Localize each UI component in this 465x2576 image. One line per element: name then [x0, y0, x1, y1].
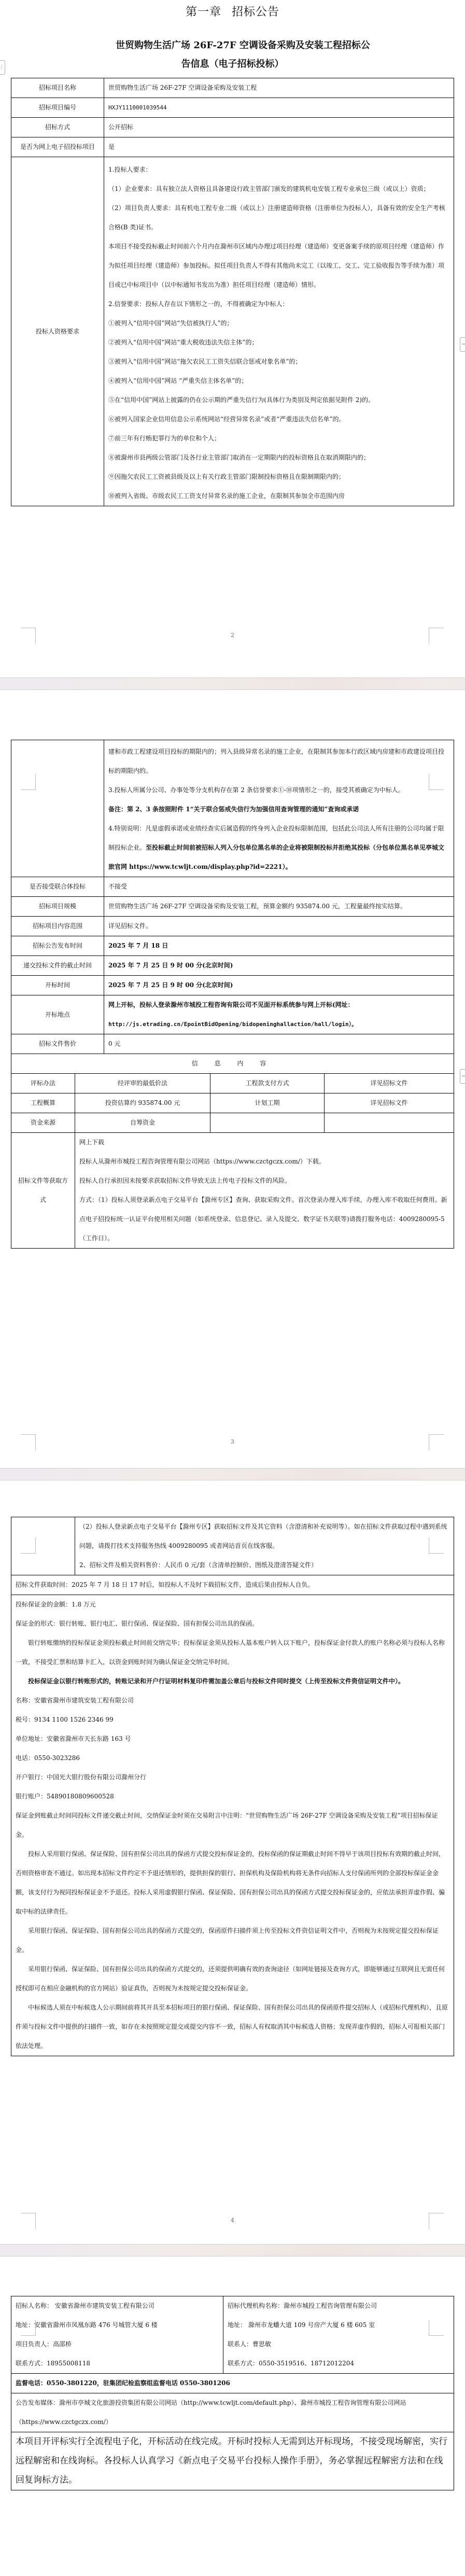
label-scope: 招标项目内容范围 [11, 917, 104, 936]
row-project-code: 招标项目编号 HXJY1110001039544 [11, 98, 454, 118]
deposit-amount: 投标保证金的金额：1.8 万元 [16, 1595, 449, 1614]
qual-line: ②被列入“信用中国”网站“重大税收违法失信主体”的； [108, 333, 449, 352]
collapse-icon[interactable]: − [460, 1069, 465, 1084]
qual-line: ③被列入“信用中国”网站“拖欠农民工工资失信联合惩戒对象名单”的； [108, 352, 449, 371]
info-content-table: 信 息 内 容 评标办法 经评审的最低价法 工程款支付方式 详见招标文件 工程概… [11, 1054, 454, 1249]
page-number: 4 [0, 2213, 465, 2228]
deposit-paragraph: 采用银行保函、保证保险、国有担保公司出具的保函方式提交的，还须提供明确有效的查询… [16, 1960, 449, 1998]
agent-info: 招标代理机构名称：滁州市城投工程咨询管理有限公司 地址： 滁州市龙蟠大道 109… [223, 2296, 454, 2374]
electronic-bidding-note: 本项目开评标实行全流程电子化，开标活动在线完成。开标时投标人无需到达开标现场，不… [11, 2432, 454, 2490]
deposit-paragraph: 银行转账缴纳的投标保证金须投标截止时间前交纳完毕；投标保证金须从投标人基本账户转… [16, 1633, 449, 1672]
qual-line: ⑥被列入国家企业信用信息公示系统网站“经营异常名录”或者“严重违法失信名单”的。 [108, 410, 449, 429]
value-qualification-cont: 建和市政工程建设项目投标的期限内的；列入县级异常名录的施工企业，在限制其参加本行… [104, 740, 454, 877]
value-deadline: 2025 年 7 月 25 日 9 时 00 分(北京时间) [104, 956, 454, 976]
info-row: 资金来源 自筹资金 [11, 1113, 454, 1133]
acquire-line: 2、招标文件及相关资料售价：人民币 0 元/套（含清单控制价、图纸及澄清答疑文件… [79, 1556, 449, 1575]
page-corner-mark [429, 2213, 444, 2229]
label-acquire: 招标文件等获取方式 [11, 1133, 75, 1249]
page-corner-mark [21, 1538, 36, 1554]
deposit-row: 投标保证金的金额：1.8 万元 保证金的形式：银行转账、银行电汇、银行保函、保证… [11, 1595, 454, 2056]
tenderer-info: 招标人名称： 安徽省滁州市建筑安装工程有限公司 地址：安徽省滁州市凤凰东路 47… [11, 2296, 223, 2374]
qual-line: 3.投标人所属分公司、办事处等分支机构存在第 2 条信誉要求①-⑩项情形之一的，… [108, 781, 449, 800]
value-publish-time: 2025 年 7 月 18 日 [104, 936, 454, 956]
agent-phone: 联系方式：0550-3519516、18712012204 [228, 2354, 449, 2373]
row-deadline: 递交投标文件的截止时间 2025 年 7 月 25 日 9 时 00 分(北京时… [11, 956, 454, 976]
page-corner-mark [21, 774, 36, 790]
qual-line: ⑨因拖欠农民工工资被县级及以上有关行政主管部门限制投标资格且在限制期限内的； [108, 467, 449, 487]
page-separator [0, 677, 465, 690]
acquire-row: 招标文件等获取方式 网上下载 投标人从滁州市城投工程咨询管理有限公司网站（htt… [11, 1133, 454, 1249]
more-icon[interactable]: ⋮ [0, 60, 5, 75]
page-corner-mark [21, 2320, 36, 2336]
info-cell: 自筹资金 [75, 1113, 210, 1133]
page-corner-mark [429, 2320, 444, 2336]
deposit-cell: 投标保证金的金额：1.8 万元 保证金的形式：银行转账、银行电汇、银行保函、保证… [11, 1595, 454, 2056]
collapse-icon[interactable]: − [460, 337, 465, 352]
deposit-paragraph: 投标人采用银行保函、保证保险、国有担保公司出具的保函方式提交投标保证金的，投标保… [16, 1845, 449, 1921]
deposit-paragraph: 保证金到账截止时间同投标文件递交截止时间，交纳保证金时须在交易附言中注明：“世贸… [16, 1806, 449, 1845]
acquire-line: 投标人自行承担因未按要求获取招标文件导致无法上传电子投标文件的风险。 [79, 1171, 449, 1190]
qual-line: ④被列入“信用中国”网站 “严重失信主体名单”的； [108, 371, 449, 391]
label-publish-time: 招标公告发布时间 [11, 936, 104, 956]
deposit-paragraph-bold: 投标保证金以银行转账形式的，转账记录和开户行证明材料复印件需加盖公章后与投标文件… [16, 1672, 449, 1691]
qual-special-bold: 至投标截止时间前被招标人列入分包单位黑名单的企业将被限制投标并拒绝其投标（分包单… [108, 844, 444, 870]
info-cell: 经评审的最低价法 [75, 1074, 210, 1093]
tenderer-phone: 联系方式：18955008118 [16, 2354, 219, 2373]
acquire-line: 投标人从滁州市城投工程咨询管理有限公司网站（https://www.czctgc… [79, 1152, 449, 1171]
acquire-time: 招标文件获取时间：2025 年 7 月 18 日 17 时后，如投标人不及时下载… [11, 1575, 454, 1595]
value-project-code: HXJY1110001039544 [104, 98, 454, 118]
open-place-text: 网上开标，投标人登录滁州市城投工程咨询有限公司不见面开标系统参与网上开标(网址： [108, 995, 449, 1015]
chapter-heading: 第一章招标公告 [0, 0, 465, 23]
tenderer-name: 招标人名称： 安徽省滁州市建筑安装工程有限公司 [16, 2296, 219, 2316]
tenderer-manager: 项目负责人：高邵桥 [16, 2335, 219, 2354]
row-open-time: 开标时间 2025 年 7 月 25 日 9 时 00 分(北京时间) [11, 976, 454, 995]
tenderer-address: 地址：安徽省滁州市凤凰东路 476 号城管大厦 6 楼 [16, 2316, 219, 2335]
info-row: 工程概算 投资估算约 935874.00 元 计划工期 详见招标文件 [11, 1093, 454, 1113]
row-publish-time: 招标公告发布时间 2025 年 7 月 18 日 [11, 936, 454, 956]
info-cell: 工程款支付方式 [210, 1074, 325, 1093]
open-place-link[interactable]: http://js.etrading.cn/EpointBidOpening/b… [108, 1015, 449, 1034]
value-project-name: 世贸购物生活广场 26F-27F 空调设备采购及安装工程 [104, 78, 454, 98]
tender-info-table-cont: 建和市政工程建设项目投标的期限内的；列入县级异常名录的施工企业，在限制其参加本行… [11, 740, 454, 1054]
page-2: ⋮ − 第一章招标公告 世贸购物生活广场 26F-27F 空调设备采购及安装工程… [0, 0, 465, 677]
account-name: 名称：安徽省滁州市建筑安装工程有限公司 [16, 1691, 449, 1710]
row-open-place: 开标地点 网上开标，投标人登录滁州市城投工程咨询有限公司不见面开标系统参与网上开… [11, 995, 454, 1034]
qual-special: 4.特别说明：凡是虚假承诺或业绩经查实后属造假的终身列入企业投标限制范围，包括此… [108, 819, 449, 877]
page-corner-mark [21, 628, 36, 644]
agent-name: 招标代理机构名称：滁州市城投工程咨询管理有限公司 [228, 2296, 449, 2316]
qual-line: ⑩被列入省级、市级农民工工资支付异常名录的施工企业，在限制其参加全市范围内房 [108, 487, 449, 506]
value-scale: 世贸购物生活广场 26F-27F 空调设备采购及安装工程，预算金额约 93587… [104, 897, 454, 917]
deposit-paragraph: 中标候选人须在中标候选人公示期间前将其开具至本招标项目的银行保函、保证保险、国有… [16, 1998, 449, 2056]
qual-line: ①被列入“信用中国”网站“失信被执行人”的； [108, 314, 449, 333]
deposit-paragraph: 采用银行保函、保证保险、国有担保公司出具的保函方式提交的，保函原件扫描件须上传至… [16, 1921, 449, 1960]
row-price: 招标文件售价 0 元 [11, 1034, 454, 1054]
page-corner-mark [429, 628, 444, 644]
info-cell: 工程概算 [11, 1093, 75, 1113]
row-project-name: 招标项目名称 世贸购物生活广场 26F-27F 空调设备采购及安装工程 [11, 78, 454, 98]
chapter-title: 招标公告 [232, 6, 279, 19]
info-cell: 计划工期 [210, 1093, 325, 1113]
value-online: 是 [104, 137, 454, 157]
value-scope: 详见招标文件。 [104, 917, 454, 936]
qual-note: 备注：第 2、3 条按照附件 1“关于联合惩戒失信行为加强信用查询管理的通知”查… [108, 800, 449, 819]
supervision-phone: 监督电话：0550-3801220，驻集团纪检监察组监督电话 0550-3801… [11, 2374, 454, 2393]
acquire-table-cont: （2）投标人登录新点电子交易平台【滁州专区】获取招标文件及其它资料（含澄清和补充… [11, 1517, 454, 2056]
label-project-code: 招标项目编号 [11, 98, 104, 118]
agent-address: 地址： 滁州市龙蟠大道 109 号房产大厦 6 楼 605 室 [228, 2316, 449, 2335]
qual-line: 本项目不接受投标截止时间前六个月内在滁州市区域内办理过项目经理（建造师）变更备案… [108, 237, 449, 295]
label-consortium: 是否接受联合体投标 [11, 877, 104, 897]
row-qualification: 投标人资格要求 1.投标人要求： （1）企业要求：具有独立法人资格且具备建设行政… [11, 157, 454, 506]
row-method: 招标方式 公开招标 [11, 118, 454, 137]
info-cell [325, 1113, 454, 1133]
page-corner-mark [429, 774, 444, 790]
info-cell: 资金来源 [11, 1113, 75, 1133]
page-corner-mark [21, 1434, 36, 1450]
value-open-place: 网上开标，投标人登录滁州市城投工程咨询有限公司不见面开标系统参与网上开标(网址：… [104, 995, 454, 1034]
value-price: 0 元 [104, 1034, 454, 1054]
value-acquire-cont: （2）投标人登录新点电子交易平台【滁州专区】获取招标文件及其它资料（含澄清和补充… [75, 1517, 454, 1575]
account-tax-id: 税号：9134 1100 1526 2346 99 [16, 1710, 449, 1729]
label-deadline: 递交投标文件的截止时间 [11, 956, 104, 976]
value-consortium: 不接受 [104, 877, 454, 897]
label-qualification-cont [11, 740, 104, 877]
document-title: 世贸购物生活广场 26F-27F 空调设备采购及安装工程招标公 告信息（电子招标… [0, 23, 465, 74]
account-address: 单位地址：安徽省滁州市天长东路 163 号 [16, 1729, 449, 1749]
page-corner-mark [429, 1434, 444, 1450]
page-separator [0, 1468, 465, 1480]
qual-line: 建和市政工程建设项目投标的期限内的；列入县级异常名录的施工企业，在限制其参加本行… [108, 742, 449, 781]
acquire-line: 网上下载 [79, 1133, 449, 1152]
qual-line: （2）项目负责人要求：具有机电工程专业二级（或以上）注册建造师资格（注册单位为投… [108, 199, 449, 237]
page-number: 2 [0, 628, 465, 643]
info-header: 信 息 内 容 [11, 1054, 454, 1074]
label-price: 招标文件售价 [11, 1034, 104, 1054]
page-separator [0, 2244, 465, 2256]
label-online: 是否为网上电子招投标项目 [11, 137, 104, 157]
info-cell: 详见招标文件 [325, 1074, 454, 1093]
page-number: 3 [0, 1434, 465, 1450]
value-open-time: 2025 年 7 月 25 日 9 时 00 分(北京时间) [104, 976, 454, 995]
qual-line: ⑧被滁州市县两级公管部门及各行业主管部门取消在一定期限内的投标资格且在取消期限内… [108, 448, 449, 467]
label-project-name: 招标项目名称 [11, 78, 104, 98]
value-method: 公开招标 [104, 118, 454, 137]
account-phone: 电话：0550-3023286 [16, 1749, 449, 1768]
page-corner-mark [21, 2213, 36, 2229]
contacts-row: 招标人名称： 安徽省滁州市建筑安装工程有限公司 地址：安徽省滁州市凤凰东路 47… [11, 2296, 454, 2374]
qual-line: （1）企业要求：具有独立法人资格且具备建设行政主管部门颁发的建筑机电安装工程专业… [108, 179, 449, 199]
acquire-line: （2）投标人登录新点电子交易平台【滁州专区】获取招标文件及其它资料（含澄清和补充… [79, 1517, 449, 1556]
info-header-row: 信 息 内 容 [11, 1054, 454, 1074]
page-3: − 建和市政工程建设项目投标的期限内的；列入县级异常名录的施工企业，在限制其参加… [0, 740, 465, 1468]
info-cell: 详见招标文件 [325, 1093, 454, 1113]
acquire-line: 方式：（1）投标人须登录新点电子交易平台【滁州专区】查询、获取采购文件。首次登录… [79, 1190, 449, 1248]
value-qualification: 1.投标人要求： （1）企业要求：具有独立法人资格且具备建设行政主管部门颁发的建… [104, 157, 454, 506]
page-corner-mark [429, 1538, 444, 1554]
label-scale: 招标项目规模 [11, 897, 104, 917]
publish-media: 公告发布媒体：滁州市亭城文化旅游投资集团有限公司网站（http://www.tc… [11, 2393, 454, 2432]
chapter-number: 第一章 [186, 6, 221, 19]
account-number: 银行账户：54890180809600528 [16, 1787, 449, 1806]
document-title-line-1: 世贸购物生活广场 26F-27F 空调设备采购及安装工程招标公 [41, 36, 444, 55]
account-bank: 开户银行：中国光大银行股份有限公司滁州分行 [16, 1768, 449, 1787]
page-4: （2）投标人登录新点电子交易平台【滁州专区】获取招标文件及其它资料（含澄清和补充… [0, 1517, 465, 2244]
tender-info-table: 招标项目名称 世贸购物生活广场 26F-27F 空调设备采购及安装工程 招标项目… [11, 78, 454, 506]
supervision-row: 监督电话：0550-3801220，驻集团纪检监察组监督电话 0550-3801… [11, 2374, 454, 2393]
agent-contact: 联系人：曹思敏 [228, 2335, 449, 2354]
contacts-table: 招标人名称： 安徽省滁州市建筑安装工程有限公司 地址：安徽省滁州市凤凰东路 47… [11, 2296, 454, 2490]
qual-line: ⑤在“信用中国”网站上披露的仍在公示期的严重失信行为(具体行为类别及判定依据见附… [108, 391, 449, 410]
acquire-row-cont: （2）投标人登录新点电子交易平台【滁州专区】获取招标文件及其它资料（含澄清和补充… [11, 1517, 454, 1575]
qual-line: 2.信誉要求：投标人存在以下情形之一的，不得被确定为中标人： [108, 295, 449, 314]
document-title-line-2: 告信息（电子招标投标） [41, 55, 444, 74]
deposit-forms: 保证金的形式：银行转账、银行电汇、银行保函、保证保险、国有担保公司出具的保函。 [16, 1614, 449, 1633]
row-consortium: 是否接受联合体投标 不接受 [11, 877, 454, 897]
row-scale: 招标项目规模 世贸购物生活广场 26F-27F 空调设备采购及安装工程，预算金额… [11, 897, 454, 917]
info-row: 评标办法 经评审的最低价法 工程款支付方式 详见招标文件 [11, 1074, 454, 1093]
row-online: 是否为网上电子招投标项目 是 [11, 137, 454, 157]
qual-line: ⑦前三年有行贿犯罪行为的单位和个人； [108, 429, 449, 448]
info-cell [210, 1113, 325, 1133]
label-method: 招标方式 [11, 118, 104, 137]
page-5: 招标人名称： 安徽省滁州市建筑安装工程有限公司 地址：安徽省滁州市凤凰东路 47… [0, 2296, 465, 2576]
label-qualification: 投标人资格要求 [11, 157, 104, 506]
row-scope: 招标项目内容范围 详见招标文件。 [11, 917, 454, 936]
media-row: 公告发布媒体：滁州市亭城文化旅游投资集团有限公司网站（http://www.tc… [11, 2393, 454, 2432]
info-cell: 评标办法 [11, 1074, 75, 1093]
info-cell: 投资估算约 935874.00 元 [75, 1093, 210, 1113]
label-open-place: 开标地点 [11, 995, 104, 1034]
acquire-time-row: 招标文件获取时间：2025 年 7 月 18 日 17 时后，如投标人不及时下载… [11, 1575, 454, 1595]
qual-line: 1.投标人要求： [108, 160, 449, 179]
row-qualification-cont: 建和市政工程建设项目投标的期限内的；列入县级异常名录的施工企业，在限制其参加本行… [11, 740, 454, 877]
final-note-row: 本项目开评标实行全流程电子化，开标活动在线完成。开标时投标人无需到达开标现场，不… [11, 2432, 454, 2490]
label-open-time: 开标时间 [11, 976, 104, 995]
value-acquire: 网上下载 投标人从滁州市城投工程咨询管理有限公司网站（https://www.c… [75, 1133, 454, 1249]
